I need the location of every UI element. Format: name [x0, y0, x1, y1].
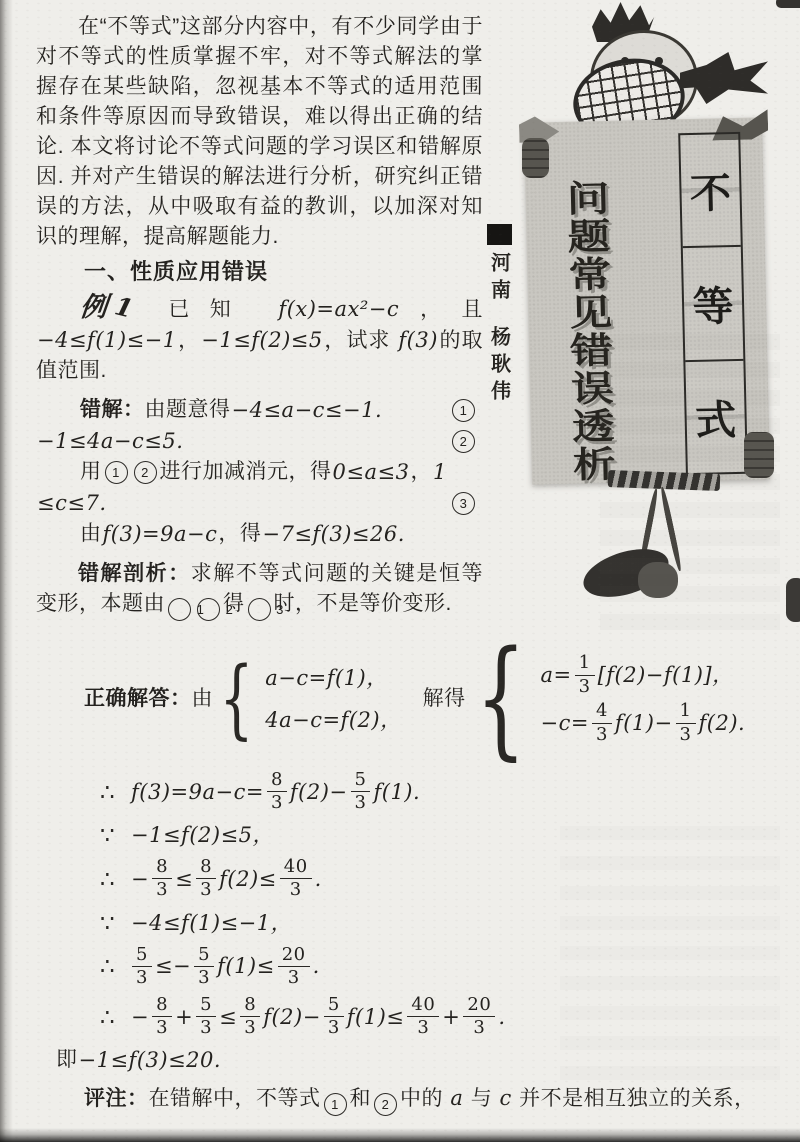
math-text: f(1).: [372, 777, 421, 807]
scroll-title: 问题常见错误透析: [555, 179, 622, 500]
fraction-numerator: 20: [278, 945, 310, 967]
text: 由: [80, 519, 102, 549]
math-text: f(2)≤: [218, 864, 278, 894]
example-1-problem: 例1已知 f(x)=ax²−c，且−4≤f(1)≤−1，−1≤f(2)≤5，试求…: [36, 293, 483, 386]
text: 和: [350, 1087, 372, 1110]
solve-text: 解得: [423, 684, 466, 714]
cartoon-figure: 不 等 式 问题常见错误透析: [520, 0, 800, 700]
error-analysis-label: 错解剖析：: [78, 562, 191, 585]
math-text: f(3)=9a−c: [102, 519, 219, 549]
fraction-denominator: 3: [417, 1017, 429, 1038]
math-text: f(1)≤: [216, 951, 276, 981]
step-equation: −83+53≤83f(2)−53f(1)≤403+203.: [130, 995, 507, 1038]
therefore-symbol: ∴: [100, 1002, 130, 1032]
equation: −1≤4a−c≤5.: [36, 426, 184, 456]
fraction: 83: [240, 995, 260, 1038]
math-text: ≤c≤7.: [36, 488, 108, 518]
hand-icon: [744, 432, 774, 478]
text: 中的: [400, 1087, 449, 1110]
example-number: 1: [111, 291, 136, 324]
math-text: f(2).: [698, 708, 747, 738]
page-gutter-shadow: [0, 0, 13, 1142]
conclusion-line: 即−1≤f(3)≤20.: [56, 1045, 790, 1075]
author-name: 杨耿伟: [485, 326, 514, 407]
scroll-banner: 不 等 式 问题常见错误透析: [524, 117, 770, 484]
derivation-step: ∴ −83+53≤83f(2)−53f(1)≤403+203.: [36, 995, 790, 1038]
derivation-step: ∴ f(3)=9a−c=83f(2)−53f(1).: [36, 770, 790, 813]
fraction-numerator: 8: [267, 770, 287, 792]
intro-paragraph: 在“不等式”这部分内容中，有不少同学由于对不等式的性质掌握不牢，对不等式解法的掌…: [36, 12, 483, 252]
fraction-denominator: 3: [244, 1017, 256, 1038]
fraction: 53: [194, 945, 214, 988]
text: ，: [410, 457, 432, 487]
author-region: 河南: [485, 252, 514, 306]
correct-solution-label: 正确解答：: [84, 684, 192, 714]
fraction: 203: [463, 995, 495, 1038]
math-text: f(1)−: [614, 708, 674, 738]
fraction-numerator: 5: [132, 945, 152, 967]
text: 进行加减消元，得: [160, 457, 332, 487]
because-symbol: ∵: [100, 908, 130, 938]
circled-number: 2: [197, 598, 220, 621]
math-text: −1≤4a−c≤5.: [36, 426, 184, 456]
wrong-solution-label: 错解：: [80, 395, 145, 425]
derivation-step: ∴ −83≤83f(2)≤403.: [36, 857, 790, 900]
text: 用: [80, 457, 102, 487]
fraction: 403: [407, 995, 439, 1038]
text: ，: [178, 329, 201, 352]
fraction: 83: [152, 995, 172, 1038]
scroll-topic-char: 不: [680, 134, 741, 249]
fraction-denominator: 3: [288, 967, 300, 988]
math-text: −c=: [540, 708, 590, 738]
fraction-denominator: 3: [473, 1017, 485, 1038]
scroll-topic-box: 不 等 式: [678, 132, 748, 475]
fraction: 203: [278, 945, 310, 988]
fraction: 83: [196, 857, 216, 900]
math-text: f(3): [397, 328, 439, 352]
equation-tag: 2: [452, 430, 475, 453]
fraction: 53: [324, 995, 344, 1038]
math-text: ≤: [174, 864, 194, 894]
page-bottom-shadow: [0, 1128, 800, 1142]
fraction-denominator: 3: [198, 967, 210, 988]
fraction-denominator: 3: [156, 879, 168, 900]
math-text: f(3)=9a−c=: [130, 777, 265, 807]
step-equation: −1≤f(2)≤5，: [130, 820, 275, 850]
fraction: 53: [351, 770, 371, 813]
step-equation: 53≤−53f(1)≤203.: [130, 945, 321, 988]
derivation-step: ∴ 53≤−53f(1)≤203.: [36, 945, 790, 988]
wrong-solution-line: ≤c≤7. 3: [36, 488, 483, 518]
fraction-numerator: 5: [351, 770, 371, 792]
fraction: 53: [132, 945, 152, 988]
text: 并不是相互独立的关系，: [513, 1087, 756, 1110]
remark-label: 评注：: [84, 1087, 149, 1110]
hand-icon: [522, 138, 549, 178]
fraction: 13: [676, 701, 696, 744]
text: ，且: [400, 298, 483, 321]
circled-number: 3: [248, 598, 271, 621]
fraction-numerator: 5: [324, 995, 344, 1017]
step-equation: f(3)=9a−c=83f(2)−53f(1).: [130, 770, 421, 813]
math-text: .: [312, 951, 321, 981]
math-text: f(1)≤: [346, 1002, 406, 1032]
math-text: .: [497, 1002, 506, 1032]
therefore-symbol: ∴: [100, 777, 130, 807]
system-equation: 4a−c=f(2)，: [264, 705, 402, 735]
text: 由题意得: [145, 395, 231, 425]
system-equation: −c=43f(1)−13f(2).: [540, 699, 747, 747]
equation: 由题意得−4≤a−c≤−1.: [145, 395, 384, 425]
equation: 用12进行加减消元，得 0≤a≤3，1: [80, 457, 448, 487]
remark-text: 在错解中，不等式1和2中的 a 与 c 并不是相互独立的关系，: [149, 1087, 756, 1110]
scroll-topic-char: 式: [685, 360, 746, 473]
math-text: −: [130, 864, 150, 894]
math-text: +: [174, 1002, 194, 1032]
math-text: −7≤f(3)≤26.: [261, 519, 406, 549]
math-text: ≤: [218, 1002, 238, 1032]
left-brace: {: [219, 656, 253, 742]
math-text: −4≤a−c≤−1.: [231, 395, 384, 425]
edge-glyph-fragment: [786, 578, 800, 622]
derivation-step: ∵ −4≤f(1)≤−1，: [36, 908, 790, 938]
wrong-solution-line: 由 f(3)=9a−c，得−7≤f(3)≤26.: [36, 519, 483, 549]
fraction-numerator: 8: [196, 857, 216, 879]
correct-solution-pre: 由: [192, 684, 214, 714]
fraction-denominator: 3: [680, 724, 692, 745]
math-text: ≤−: [154, 951, 192, 981]
math-text: .: [314, 864, 323, 894]
text: 在错解中，不等式: [149, 1087, 321, 1110]
fraction-numerator: 40: [407, 995, 439, 1017]
circled-number: 2: [134, 461, 157, 484]
because-symbol: ∵: [100, 820, 130, 850]
text: ，得: [218, 519, 261, 549]
step-equation: −83≤83f(2)≤403.: [130, 857, 323, 900]
example-marker: 例: [78, 293, 109, 323]
math-text: −1≤f(2)≤5: [200, 328, 324, 352]
math-text: −1≤f(2)≤5，: [130, 820, 275, 850]
wrong-solution-block: 错解： 由题意得−4≤a−c≤−1. 1 −1≤4a−c≤5. 2 用12进行加…: [36, 395, 483, 549]
remark-paragraph: 评注：在错解中，不等式1和2中的 a 与 c 并不是相互独立的关系，: [36, 1083, 800, 1116]
math-text: a: [449, 1086, 464, 1110]
wrong-solution-line: −1≤4a−c≤5. 2: [36, 426, 483, 456]
section-heading: 一、性质应用错误: [84, 257, 531, 287]
fraction-numerator: 8: [152, 857, 172, 879]
circled-number: 1: [105, 461, 128, 484]
wrong-solution-line: 错解： 由题意得−4≤a−c≤−1. 1: [36, 395, 483, 425]
step-equation: −4≤f(1)≤−1，: [130, 908, 293, 938]
shoe-icon: [638, 562, 678, 598]
fraction: 53: [196, 995, 216, 1038]
fraction-numerator: 5: [194, 945, 214, 967]
fraction-denominator: 3: [596, 724, 608, 745]
math-text: −4≤f(1)≤−1: [36, 328, 178, 352]
fraction-denominator: 3: [200, 1017, 212, 1038]
math-text: −1≤f(3)≤20.: [78, 1045, 223, 1075]
fraction-numerator: 40: [280, 857, 312, 879]
error-analysis-paragraph: 错解剖析：求解不等式问题的关键是恒等变形，本题由12得3时，不是等价变形.: [36, 559, 483, 621]
wrong-solution-line: 用12进行加减消元，得 0≤a≤3，1: [36, 457, 483, 487]
text: ，试求: [324, 329, 398, 352]
skirt-fringe: [608, 470, 721, 491]
fraction-denominator: 3: [355, 792, 367, 813]
therefore-symbol: ∴: [100, 951, 130, 981]
fraction: 43: [592, 701, 612, 744]
fraction: 83: [152, 857, 172, 900]
math-text: −: [130, 1002, 150, 1032]
derivation-step: ∵ −1≤f(2)≤5，: [36, 820, 790, 850]
fraction-denominator: 3: [290, 879, 302, 900]
author-block: 河南 杨耿伟: [484, 224, 514, 407]
fraction-numerator: 4: [592, 701, 612, 723]
left-brace: {: [475, 635, 526, 763]
fraction-denominator: 3: [200, 879, 212, 900]
circled-number: 2: [374, 1093, 397, 1116]
text: 时，不是等价变形.: [274, 592, 452, 615]
fraction-denominator: 3: [136, 967, 148, 988]
equation: 由 f(3)=9a−c，得−7≤f(3)≤26.: [80, 519, 406, 549]
fraction-numerator: 8: [152, 995, 172, 1017]
equation-tag: 3: [452, 492, 475, 515]
math-text: −4≤f(1)≤−1，: [130, 908, 293, 938]
conclusion-equation: 即−1≤f(3)≤20.: [56, 1045, 222, 1075]
math-text: a−c=f(1)，: [264, 663, 389, 693]
math-text: f(2)−: [262, 1002, 322, 1032]
scanned-textbook-page: 在“不等式”这部分内容中，有不少同学由于对不等式的性质掌握不牢，对不等式解法的掌…: [0, 0, 800, 1142]
math-text: 1: [432, 457, 448, 487]
math-text: 0≤a≤3: [332, 457, 411, 487]
fraction-numerator: 8: [240, 995, 260, 1017]
fraction-numerator: 1: [676, 701, 696, 723]
equation: ≤c≤7.: [36, 488, 108, 518]
math-text: f(x)=ax²−c: [277, 297, 400, 321]
equation-system: a−c=f(1)， 4a−c=f(2)，: [264, 663, 402, 735]
fraction-numerator: 20: [463, 995, 495, 1017]
math-text: c: [499, 1086, 513, 1110]
fraction-numerator: 5: [196, 995, 216, 1017]
system-equation: a−c=f(1)，: [264, 663, 402, 693]
fraction-denominator: 3: [328, 1017, 340, 1038]
fraction-denominator: 3: [156, 1017, 168, 1038]
math-text: f(2)−: [289, 777, 349, 807]
scroll-topic-char: 等: [683, 247, 744, 362]
corner-mark: [776, 0, 800, 8]
therefore-symbol: ∴: [100, 864, 130, 894]
fraction: 403: [280, 857, 312, 900]
fraction: 83: [267, 770, 287, 813]
text: 即: [56, 1045, 78, 1075]
text: 已知: [148, 298, 277, 321]
math-text: +: [441, 1002, 461, 1032]
fraction-denominator: 3: [271, 792, 283, 813]
equation-tag: 1: [452, 399, 475, 422]
math-text: 4a−c=f(2)，: [264, 705, 402, 735]
text: 与: [464, 1087, 498, 1110]
circled-number: 1: [324, 1093, 347, 1116]
author-marker-square: [487, 224, 512, 245]
